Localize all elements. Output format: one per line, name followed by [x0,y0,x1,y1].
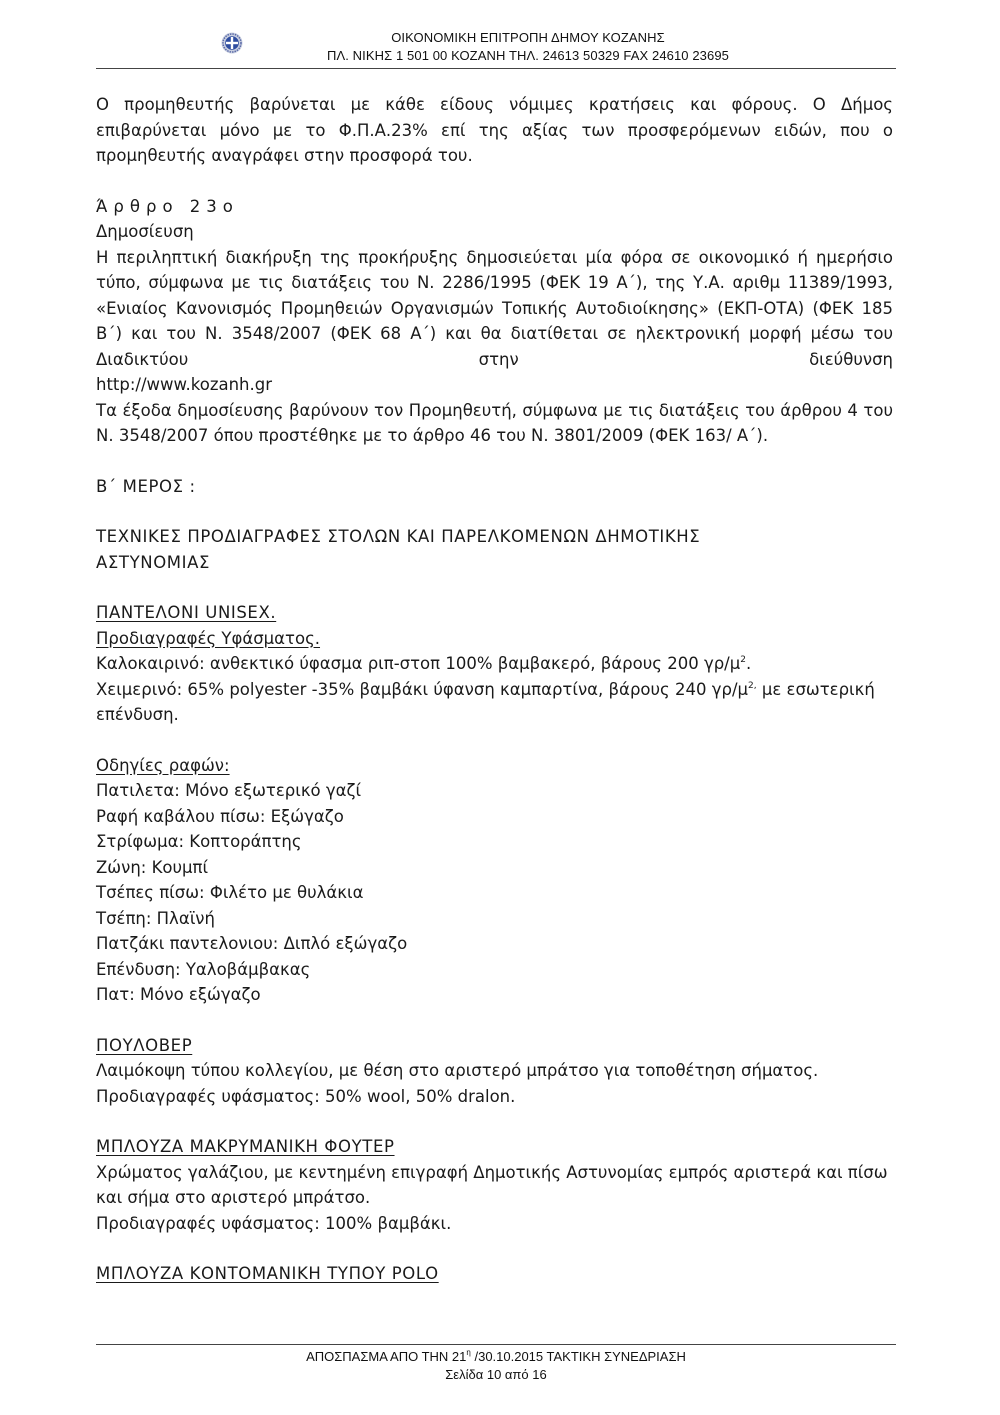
trousers-summer-spec: Καλοκαιρινό: ανθεκτικό ύφασμα ριπ-στοπ 1… [96,651,893,677]
spacer [96,575,893,600]
spacer [96,1109,893,1134]
polo-heading-text: ΜΠΛΟΥΖΑ ΚΟΝΤΟΜΑΝΙΚΗ ΤΥΠΟΥ POLO [96,1264,439,1283]
spacer [96,1008,893,1033]
list-item: Τσέπες πίσω: Φιλέτο με θυλάκια [96,880,893,906]
part-b-heading: Β΄ ΜΕΡΟΣ : [96,474,893,500]
list-item: Επένδυση: Υαλοβάμβακας [96,957,893,983]
document-body: Ο προμηθευτής βαρύνεται με κάθε είδους ν… [96,92,893,1287]
trousers-fabric-heading: Προδιαγραφές Υφάσματος. [96,626,893,652]
sweatshirt-line-1: Χρώματος γαλάζιου, με κεντημένη επιγραφή… [96,1160,893,1211]
page-number: Σελίδα 10 από 16 [0,1367,996,1382]
header-divider [96,68,896,69]
article-paragraph-2: Τα έξοδα δημοσίευσης βαρύνουν τον Προμηθ… [96,398,893,449]
article-url: http://www.kozanh.gr [96,372,893,398]
article-title: Δημοσίευση [96,219,893,245]
footer-session-info: ΑΠΟΣΠΑΣΜΑ ΑΠΟ ΤΗΝ 21η /30.10.2015 ΤΑΚΤΙΚ… [0,1349,996,1364]
spacer [96,728,893,753]
pullover-heading-text: ΠΟΥΛΟΒΕΡ [96,1036,192,1055]
summer-spec-text: Καλοκαιρινό: ανθεκτικό ύφασμα ριπ-στοπ 1… [96,654,740,673]
pullover-line-1: Λαιμόκοψη τύπου κολλεγίου, με θέση στο α… [96,1058,893,1084]
pullover-line-2: Προδιαγραφές υφάσματος: 50% wool, 50% dr… [96,1084,893,1110]
list-item: Τσέπη: Πλαϊνή [96,906,893,932]
header-organization: ΟΙΚΟΝΟΜΙΚΗ ΕΠΙΤΡΟΠΗ ΔΗΜΟΥ ΚΟΖΑΝΗΣ [28,30,1000,45]
list-item: Πατ: Μόνο εξώγαζο [96,982,893,1008]
footer-session-pre: ΑΠΟΣΠΑΣΜΑ ΑΠΟ ΤΗΝ 21 [306,1349,466,1364]
list-item: Στρίφωμα: Κοπτοράπτης [96,829,893,855]
list-item: Πατιλετα: Μόνο εξωτερικό γαζί [96,778,893,804]
footer-session-post: /30.10.2015 ΤΑΚΤΙΚΗ ΣΥΝΕΔΡΙΑΣΗ [471,1349,686,1364]
header-address: ΠΛ. ΝΙΚΗΣ 1 501 00 ΚΟΖΑΝΗ ΤΗΛ. 24613 503… [28,48,1000,63]
intro-paragraph: Ο προμηθευτής βαρύνεται με κάθε είδους ν… [96,92,893,169]
winter-spec-text: Χειμερινό: 65% polyester -35% βαμβάκι ύφ… [96,680,748,699]
list-item: Πατζάκι παντελονιου: Διπλό εξώγαζο [96,931,893,957]
sewing-heading: Οδηγίες ραφών: [96,753,893,779]
part-b-title-line-2: ΑΣΤΥΝΟΜΙΑΣ [96,550,893,576]
sweatshirt-heading: ΜΠΛΟΥΖΑ ΜΑΚΡΥΜΑΝΙΚΗ ΦΟΥΤΕΡ [96,1134,893,1160]
polo-heading: ΜΠΛΟΥΖΑ ΚΟΝΤΟΜΑΝΙΚΗ ΤΥΠΟΥ POLO [96,1261,893,1287]
spacer [96,449,893,474]
trousers-heading: ΠΑΝΤΕΛΟΝΙ UNISEX. [96,600,893,626]
trousers-winter-spec: Χειμερινό: 65% polyester -35% βαμβάκι ύφ… [96,677,893,728]
summer-spec-end: . [746,654,751,673]
sewing-list: Πατιλετα: Μόνο εξωτερικό γαζί Ραφή καβάλ… [96,778,893,1008]
footer-divider [96,1344,896,1345]
sweatshirt-heading-text: ΜΠΛΟΥΖΑ ΜΑΚΡΥΜΑΝΙΚΗ ΦΟΥΤΕΡ [96,1137,395,1156]
article-paragraph-1: Η περιληπτική διακήρυξη της προκήρυξης δ… [96,245,893,373]
part-b-title-line-1: ΤΕΧΝΙΚΕΣ ΠΡΟΔΙΑΓΡΑΦΕΣ ΣΤΟΛΩΝ ΚΑΙ ΠΑΡΕΛΚΟ… [96,524,893,550]
trousers-heading-text: ΠΑΝΤΕΛΟΝΙ UNISEX. [96,603,276,622]
winter-spec-sup: 2, [748,681,757,691]
pullover-heading: ΠΟΥΛΟΒΕΡ [96,1033,893,1059]
spacer [96,499,893,524]
spacer [96,169,893,194]
article-heading: Άρθρο 23ο [96,194,893,220]
list-item: Ραφή καβάλου πίσω: Εξώγαζο [96,804,893,830]
sewing-heading-text: Οδηγίες ραφών: [96,756,230,775]
spacer [96,1236,893,1261]
sweatshirt-line-2: Προδιαγραφές υφάσματος: 100% βαμβάκι. [96,1211,893,1237]
trousers-fabric-heading-text: Προδιαγραφές Υφάσματος. [96,629,320,648]
page-header: ΟΙΚΟΝΟΜΙΚΗ ΕΠΙΤΡΟΠΗ ΔΗΜΟΥ ΚΟΖΑΝΗΣ ΠΛ. ΝΙ… [0,0,1000,70]
list-item: Ζώνη: Κουμπί [96,855,893,881]
